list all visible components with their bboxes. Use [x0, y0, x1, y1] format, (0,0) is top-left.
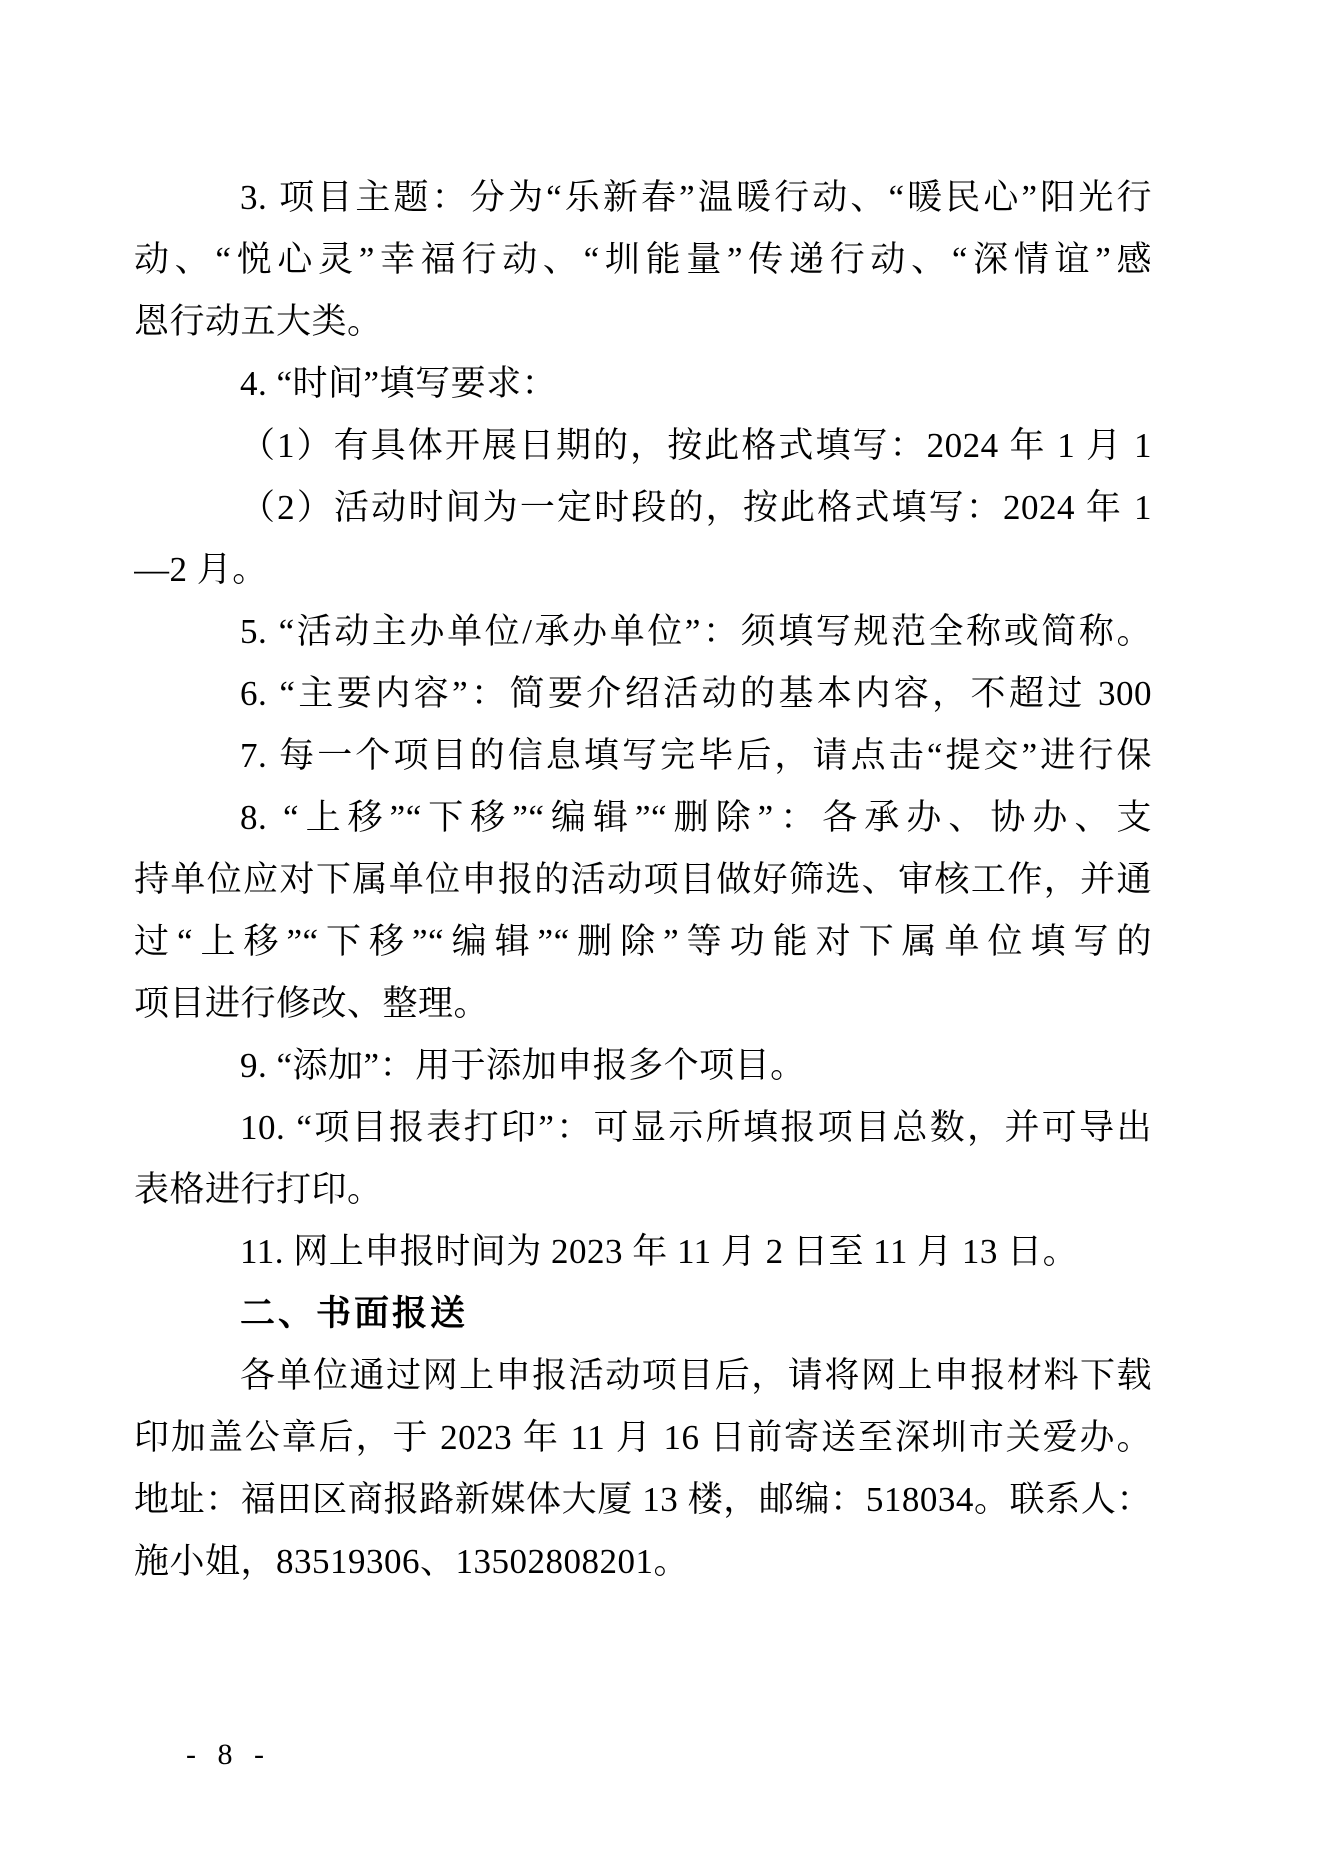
document-line: —2 月。	[134, 539, 1152, 601]
document-line: 过“上移”“下移”“编辑”“删除”等功能对下属单位填写的	[134, 911, 1152, 973]
document-line: 持单位应对下属单位申报的活动项目做好筛选、审核工作，并通	[134, 849, 1152, 911]
document-line: 印加盖公章后，于 2023 年 11 月 16 日前寄送至深圳市关爱办。	[134, 1407, 1152, 1469]
document-line: 各单位通过网上申报活动项目后，请将网上申报材料下载打	[134, 1345, 1152, 1407]
page-number: - 8 -	[186, 1738, 271, 1772]
document-line: 5. “活动主办单位/承办单位”：须填写规范全称或简称。	[134, 601, 1152, 663]
document-line: 11. 网上申报时间为 2023 年 11 月 2 日至 11 月 13 日。	[134, 1221, 1152, 1283]
document-line: 项目进行修改、整理。	[134, 973, 1152, 1035]
document-line: 地址：福田区商报路新媒体大厦 13 楼，邮编：518034。联系人：	[134, 1469, 1152, 1531]
document-page: 3. 项目主题：分为“乐新春”温暖行动、“暖民心”阳光行动、“悦心灵”幸福行动、…	[0, 0, 1323, 1871]
section-heading: 二、书面报送	[134, 1283, 1152, 1345]
document-line: 表格进行打印。	[134, 1159, 1152, 1221]
document-line: 3. 项目主题：分为“乐新春”温暖行动、“暖民心”阳光行	[134, 167, 1152, 229]
document-line: 9. “添加”：用于添加申报多个项目。	[134, 1035, 1152, 1097]
document-line: 动、“悦心灵”幸福行动、“圳能量”传递行动、“深情谊”感	[134, 229, 1152, 291]
document-line: 10. “项目报表打印”：可显示所填报项目总数，并可导出	[134, 1097, 1152, 1159]
document-line: 6. “主要内容”：简要介绍活动的基本内容，不超过 300 字。	[134, 663, 1152, 725]
document-line: 施小姐，83519306、13502808201。	[134, 1531, 1152, 1593]
document-line: （2）活动时间为一定时段的，按此格式填写：2024 年 1 月	[134, 477, 1152, 539]
document-line: 恩行动五大类。	[134, 291, 1152, 353]
document-line: 8. “上移”“下移”“编辑”“删除”：各承办、协办、支	[134, 787, 1152, 849]
document-line: 4. “时间”填写要求：	[134, 353, 1152, 415]
document-line: （1）有具体开展日期的，按此格式填写：2024 年 1 月 1 日；	[134, 415, 1152, 477]
text-block: 3. 项目主题：分为“乐新春”温暖行动、“暖民心”阳光行动、“悦心灵”幸福行动、…	[134, 167, 1152, 1593]
document-line: 7. 每一个项目的信息填写完毕后，请点击“提交”进行保存。	[134, 725, 1152, 787]
